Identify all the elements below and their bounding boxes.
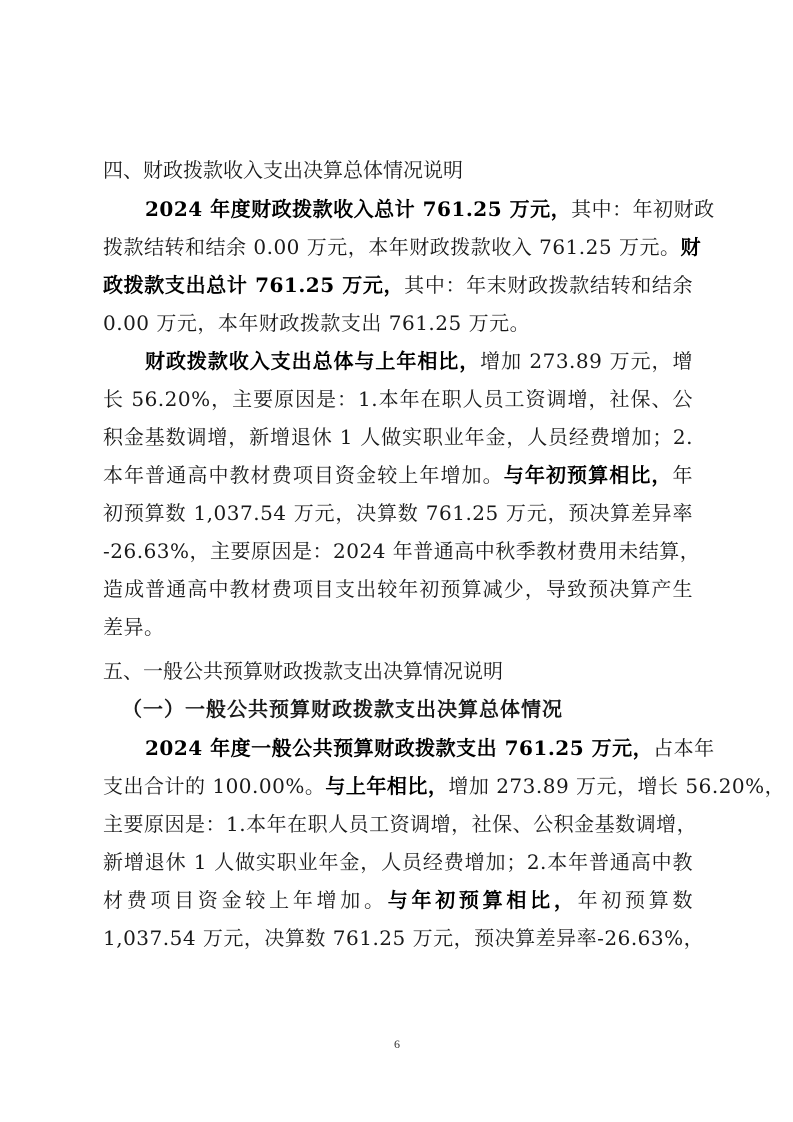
s4-p2-line-8: 差异。 [103, 615, 693, 639]
text: 拨款结转和结余 0.00 万元，本年财政拨款收入 761.25 万元。 [103, 235, 680, 259]
text: 材费项目资金较上年增加。 [103, 888, 388, 912]
document-page: 四、财政拨款收入支出决算总体情况说明 2024 年度财政拨款收入总计 761.2… [0, 0, 793, 1122]
s4-p2-line-2: 长 56.20%，主要原因是：1.本年在职人员工资调增，社保、公 [103, 387, 693, 411]
section-5-subheading: （一）一般公共预算财政拨款支出决算总体情况 [122, 697, 693, 721]
s5-p1-line-6: 1,037.54 万元，决算数 761.25 万元，预决算差异率-26.63%， [103, 926, 693, 950]
bold-text: 与年初预算相比， [388, 888, 578, 912]
text: 本年普通高中教材费项目资金较上年增加。 [103, 463, 504, 487]
section-4-heading: 四、财政拨款收入支出决算总体情况说明 [103, 158, 693, 182]
s5-p1-line-2: 支出合计的 100.00%。与上年相比，增加 273.89 万元，增长 56.2… [103, 774, 693, 798]
s4-p1-line-1: 2024 年度财政拨款收入总计 761.25 万元，其中：年初财政 [145, 197, 693, 221]
bold-text: 2024 年度一般公共预算财政拨款支出 761.25 万元， [145, 736, 653, 760]
s4-p2-line-6: -26.63%，主要原因是：2024 年普通高中秋季教材费用未结算， [103, 539, 693, 563]
s5-p1-line-1: 2024 年度一般公共预算财政拨款支出 761.25 万元，占本年 [145, 736, 693, 760]
s4-p2-line-7: 造成普通高中教材费项目支出较年初预算减少，导致预决算产生 [103, 577, 693, 601]
s4-p1-line-2: 拨款结转和结余 0.00 万元，本年财政拨款收入 761.25 万元。财 [103, 235, 693, 259]
page-number: 6 [390, 1037, 404, 1052]
s5-p1-line-4: 新增退休 1 人做实职业年金，人员经费增加；2.本年普通高中教 [103, 850, 693, 874]
text: 占本年 [653, 736, 715, 760]
s4-p2-line-4: 本年普通高中教材费项目资金较上年增加。与年初预算相比，年 [103, 463, 693, 487]
bold-text: 财 [680, 235, 701, 259]
text: 其中：年初财政 [571, 197, 715, 221]
s5-p1-line-3: 主要原因是：1.本年在职人员工资调增，社保、公积金基数调增， [103, 812, 693, 836]
s4-p1-line-3: 政拨款支出总计 761.25 万元，其中：年末财政拨款结转和结余 [103, 273, 693, 297]
bold-text: 与上年相比， [325, 774, 448, 798]
bold-text: 政拨款支出总计 761.25 万元， [103, 273, 404, 297]
bold-text: 与年初预算相比， [504, 463, 673, 487]
text: 增加 273.89 万元，增长 56.20%， [448, 774, 785, 798]
bold-text: 2024 年度财政拨款收入总计 761.25 万元， [145, 197, 571, 221]
s4-p1-line-4: 0.00 万元，本年财政拨款支出 761.25 万元。 [103, 311, 693, 335]
s4-p2-line-3: 积金基数调增，新增退休 1 人做实职业年金，人员经费增加；2. [103, 425, 693, 449]
s5-p1-line-5: 材费项目资金较上年增加。与年初预算相比，年初预算数 [103, 888, 693, 912]
text: 支出合计的 100.00%。 [103, 774, 325, 798]
section-5-heading: 五、一般公共预算财政拨款支出决算情况说明 [103, 659, 693, 683]
text: 年 [673, 463, 694, 487]
s4-p2-line-1: 财政拨款收入支出总体与上年相比，增加 273.89 万元，增 [145, 349, 693, 373]
text: 年初预算数 [578, 888, 693, 912]
bold-text: 财政拨款收入支出总体与上年相比， [145, 349, 480, 373]
text: 增加 273.89 万元，增 [480, 349, 693, 373]
text: 其中：年末财政拨款结转和结余 [404, 273, 693, 297]
s4-p2-line-5: 初预算数 1,037.54 万元，决算数 761.25 万元，预决算差异率 [103, 501, 693, 525]
